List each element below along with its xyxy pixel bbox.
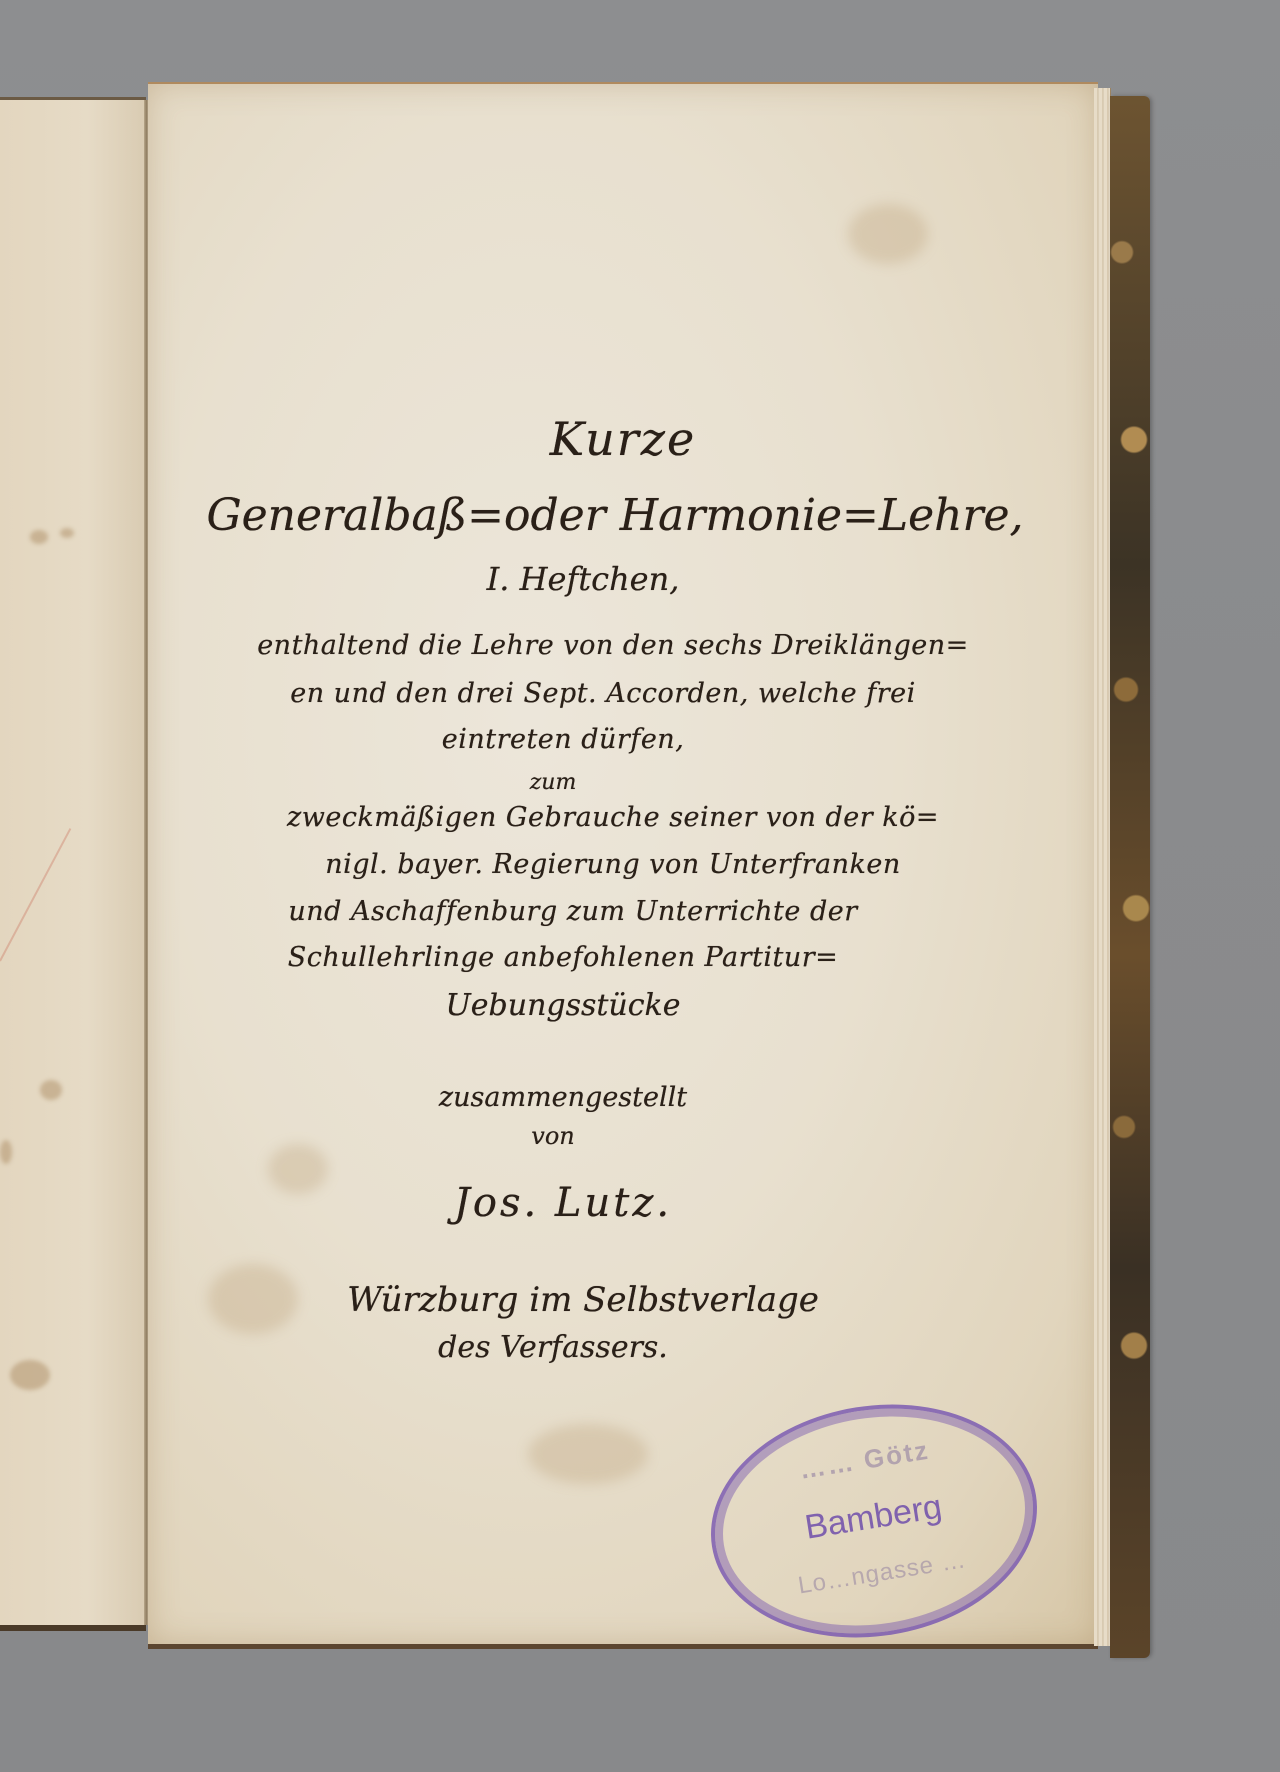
left-page [0, 97, 146, 1631]
marbled-cover-edge [1110, 96, 1150, 1658]
by-label: von [78, 1122, 1028, 1150]
foxing-spot [10, 1360, 50, 1390]
foxing-spot [40, 1080, 62, 1100]
body-line: zweckmäßigen Gebrauche seiner von der kö… [138, 802, 1088, 833]
main-title: Generalbaß=oder Harmonie=Lehre, [140, 490, 1090, 541]
page-edges [1094, 88, 1111, 1646]
foxing-spot [0, 1140, 12, 1164]
body-line: enthaltend die Lehre von den sechs Dreik… [138, 630, 1088, 661]
title-kurze: Kurze [148, 412, 1098, 466]
body-line: zum [78, 770, 1028, 795]
compiled-label: zusammengestellt [88, 1082, 1038, 1113]
imprint-line: des Verfassers. [78, 1330, 1028, 1365]
body-line: en und den drei Sept. Accorden, welche f… [128, 678, 1078, 709]
author-name: Jos. Lutz. [88, 1180, 1038, 1226]
body-line: und Aschaffenburg zum Unterrichte der [98, 896, 1048, 927]
pencil-mark [0, 828, 71, 961]
body-line: nigl. bayer. Regierung von Unterfranken [138, 849, 1088, 880]
body-line: Uebungsstücke [88, 988, 1038, 1023]
foxing-spot [30, 530, 48, 544]
body-line: Schullehrlinge anbefohlenen Partitur= [88, 942, 1038, 973]
title-text-block: Kurze Generalbaß=oder Harmonie=Lehre, I.… [148, 82, 1098, 1642]
imprint-line: Würzburg im Selbstverlage [108, 1280, 1058, 1320]
foxing-spot [60, 528, 74, 538]
body-line: eintreten dürfen, [88, 724, 1038, 755]
volume-label: I. Heftchen, [108, 560, 1058, 598]
